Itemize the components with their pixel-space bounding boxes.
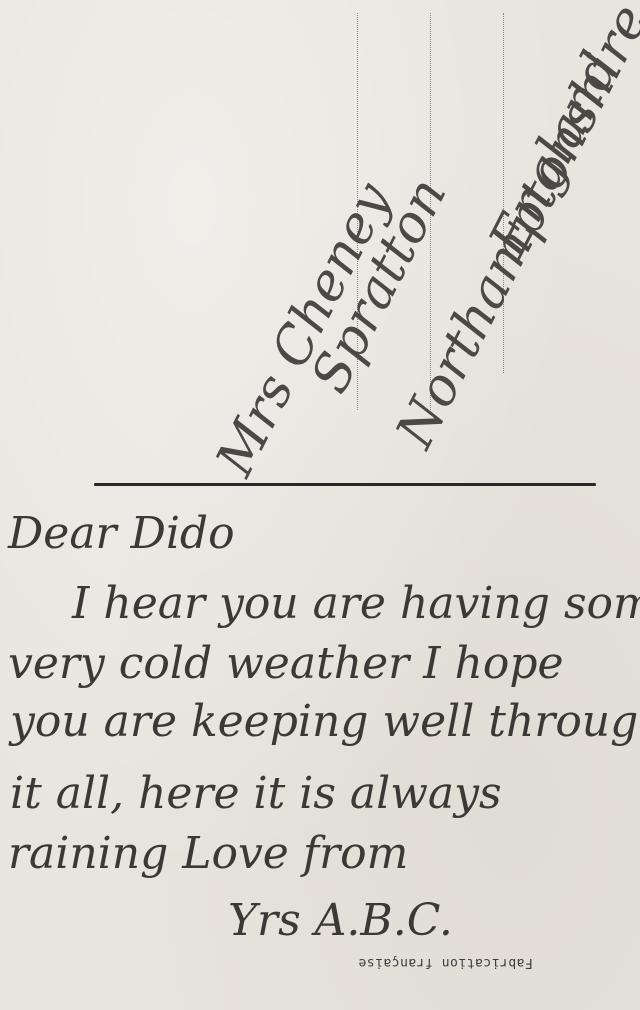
message-line-4: it all, here it is always: [10, 768, 502, 819]
message-signature: Yrs A.B.C.: [228, 895, 453, 946]
message-line-3: you are keeping well through: [10, 696, 640, 747]
printer-imprint: Fabrication française: [358, 955, 533, 970]
address-country: England: [478, 43, 631, 266]
message-salutation: Dear Dido: [8, 508, 235, 559]
message-line-1: I hear you are having some: [72, 578, 640, 629]
message-line-2: very cold weather I hope: [8, 638, 564, 689]
message-line-5: raining Love from: [8, 828, 408, 879]
postcard-back: Mrs Cheney Spratton Northamptonshire Eng…: [0, 0, 640, 1010]
divider-line: [94, 483, 596, 486]
